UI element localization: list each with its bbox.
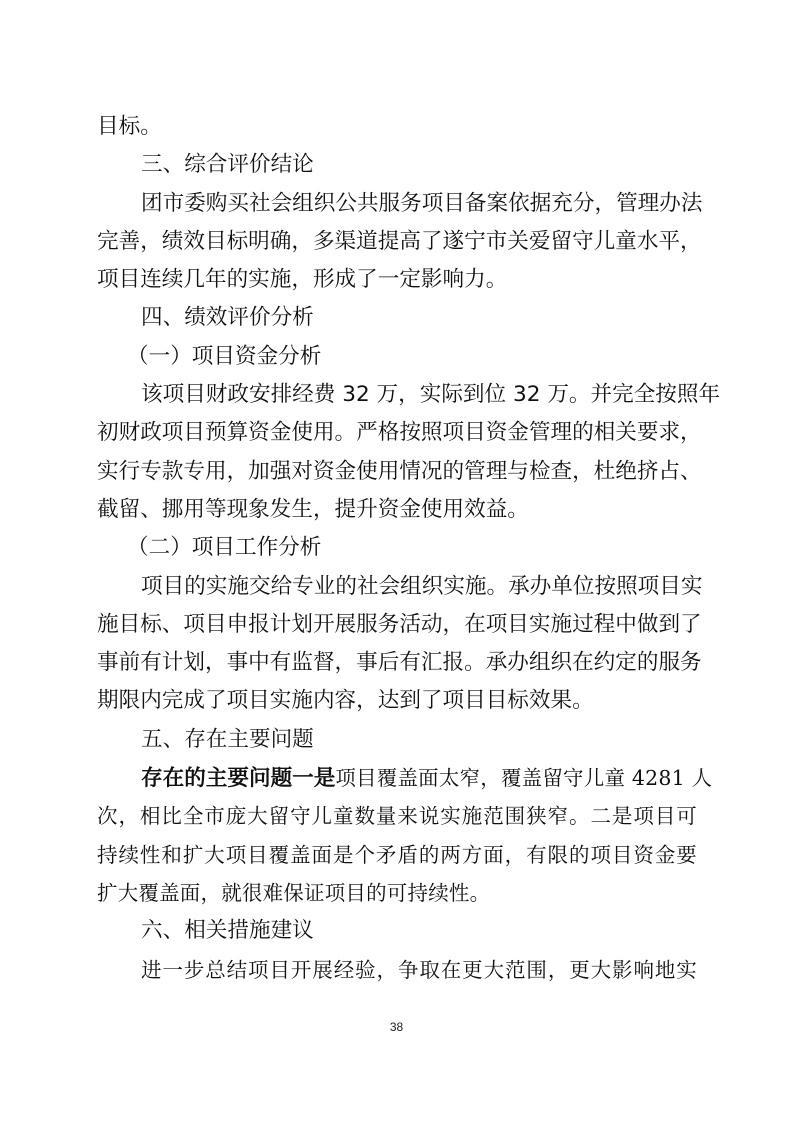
heading-section-3: 三、综合评价结论 xyxy=(97,146,697,184)
paragraph-line: 次，相比全市庞大留守儿童数量来说实施范围狭窄。二是项目可 xyxy=(97,797,697,835)
heading-section-4: 四、绩效评价分析 xyxy=(97,299,697,337)
paragraph-line: 该项目财政安排经费 32 万，实际到位 32 万。并完全按照年 xyxy=(97,376,697,414)
problem-detail-text: 项目覆盖面太窄，覆盖留守儿童 4281 人 xyxy=(335,766,712,790)
page-number: 38 xyxy=(0,1020,793,1034)
paragraph-line: 项目的实施交给专业的社会组织实施。承办单位按照项目实 xyxy=(97,568,697,606)
paragraph-line: 扩大覆盖面，就很难保证项目的可持续性。 xyxy=(97,874,697,912)
paragraph-line: 施目标、项目申报计划开展服务活动，在项目实施过程中做到了 xyxy=(97,606,697,644)
paragraph-line: 团市委购买社会组织公共服务项目备案依据充分，管理办法 xyxy=(97,185,697,223)
paragraph-line: 目标。 xyxy=(97,108,697,146)
problem-line: 存在的主要问题一是项目覆盖面太窄，覆盖留守儿童 4281 人 xyxy=(97,759,697,797)
heading-section-4-2: （二）项目工作分析 xyxy=(97,529,697,567)
heading-section-5: 五、存在主要问题 xyxy=(97,721,697,759)
paragraph-line: 实行专款专用，加强对资金使用情况的管理与检查，杜绝挤占、 xyxy=(97,453,697,491)
paragraph-line: 项目连续几年的实施，形成了一定影响力。 xyxy=(97,261,697,299)
paragraph-line: 持续性和扩大项目覆盖面是个矛盾的两方面，有限的项目资金要 xyxy=(97,836,697,874)
document-page: 目标。 三、综合评价结论 团市委购买社会组织公共服务项目备案依据充分，管理办法 … xyxy=(97,108,697,989)
paragraph-line: 事前有计划，事中有监督，事后有汇报。承办组织在约定的服务 xyxy=(97,644,697,682)
paragraph-line: 期限内完成了项目实施内容，达到了项目目标效果。 xyxy=(97,682,697,720)
paragraph-line: 初财政项目预算资金使用。严格按照项目资金管理的相关要求， xyxy=(97,414,697,452)
heading-section-4-1: （一）项目资金分析 xyxy=(97,338,697,376)
problem-lead-text: 存在的主要问题一是 xyxy=(141,766,335,791)
paragraph-line: 进一步总结项目开展经验，争取在更大范围，更大影响地实 xyxy=(97,951,697,989)
paragraph-line: 截留、挪用等现象发生，提升资金使用效益。 xyxy=(97,491,697,529)
heading-section-6: 六、相关措施建议 xyxy=(97,912,697,950)
paragraph-line: 完善，绩效目标明确，多渠道提高了遂宁市关爱留守儿童水平， xyxy=(97,223,697,261)
